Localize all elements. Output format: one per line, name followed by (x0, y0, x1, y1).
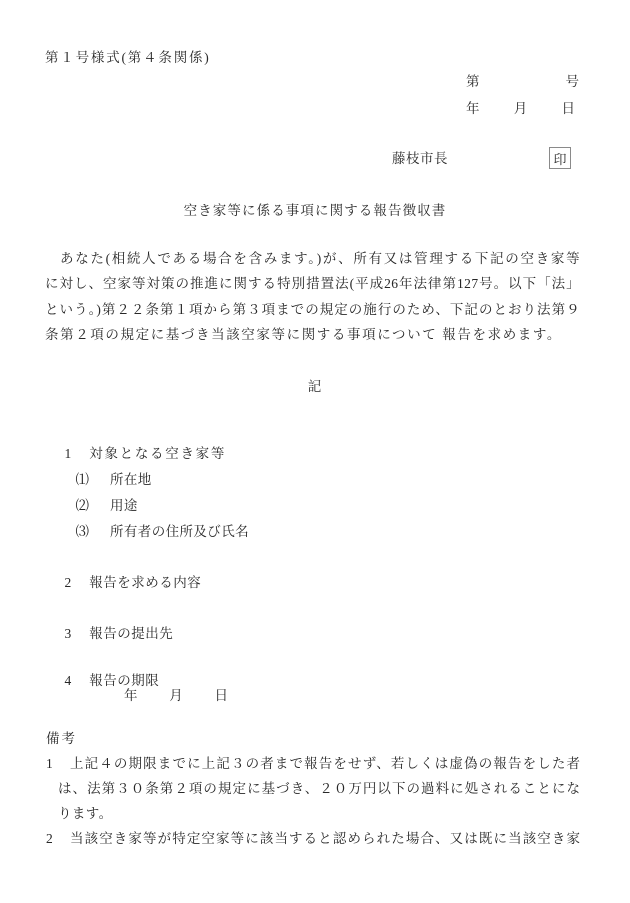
body-line: に対し、空家等対策の推進に関する特別措置法(平成26年法律第127号。以下「法」 (45, 271, 580, 296)
item-number: 3 (65, 626, 72, 641)
year-label: 年 (466, 101, 481, 118)
day-label: 日 (215, 688, 230, 705)
remark-line: 上記４の期限までに上記３の者まで報告をせず、若しくは虚偽の報告をした者 (70, 756, 580, 773)
month-label: 月 (514, 101, 529, 118)
body-line: 条第２項の規定に基づき当該空家等に関する事項について 報告を求めます。 (45, 322, 580, 347)
form-number: 第１号様式(第４条関係) (45, 50, 211, 67)
list-subitem-1-3: ⑶所有者の住所及び氏名 (58, 507, 249, 558)
list-item-3: 3報告の提出先 (47, 609, 173, 660)
item-label: 報告を求める内容 (89, 575, 201, 590)
body-paragraph: あなた(相続人である場合を含みます。)が、所有又は管理する下記の空き家等 に対し… (45, 246, 580, 348)
doc-number-prefix: 第 (466, 74, 481, 91)
remark-number: 1 (46, 756, 53, 773)
doc-number-suffix: 号 (566, 74, 581, 91)
body-line: あなた(相続人である場合を含みます。)が、所有又は管理する下記の空き家等 (45, 246, 580, 271)
list-item-2: 2報告を求める内容 (47, 558, 201, 609)
body-line: という。)第２２条第１項から第３項までの規定の施行のため、下記のとおり法第９ (45, 297, 580, 322)
remark-line: は、法第３０条第２項の規定に基づき、２０万円以下の過料に処されることにな (58, 781, 580, 798)
subitem-number: ⑶ (76, 524, 90, 539)
subitem-label: 所有者の住所及び氏名 (110, 524, 249, 539)
item-label: 報告の提出先 (89, 626, 173, 641)
document-page: 第１号様式(第４条関係) 第 号 年 月 日 藤枝市長 印 空き家等に係る事項に… (0, 0, 630, 903)
remark-line: ります。 (58, 806, 113, 823)
addressee: 藤枝市長 (392, 151, 448, 168)
remark-line: 当該空き家等が特定空家等に該当すると認められた場合、又は既に当該空き家 (70, 831, 580, 848)
document-title: 空き家等に係る事項に関する報告徴収書 (0, 203, 630, 220)
doc-number-line: 第 号 (466, 74, 580, 91)
item-number: 2 (65, 575, 72, 590)
remark-number: 2 (46, 831, 53, 848)
deadline-date-line: 年 月 日 (124, 688, 229, 705)
month-label: 月 (169, 688, 184, 705)
item-number: 4 (65, 673, 72, 688)
seal-label: 印 (553, 149, 566, 168)
year-label: 年 (124, 688, 139, 705)
day-label: 日 (562, 101, 577, 118)
remarks-heading: 備考 (46, 731, 77, 748)
item-label: 報告の期限 (89, 673, 159, 688)
issue-date-line: 年 月 日 (466, 101, 576, 118)
seal-box: 印 (549, 147, 571, 169)
ki-marker: 記 (0, 379, 630, 396)
